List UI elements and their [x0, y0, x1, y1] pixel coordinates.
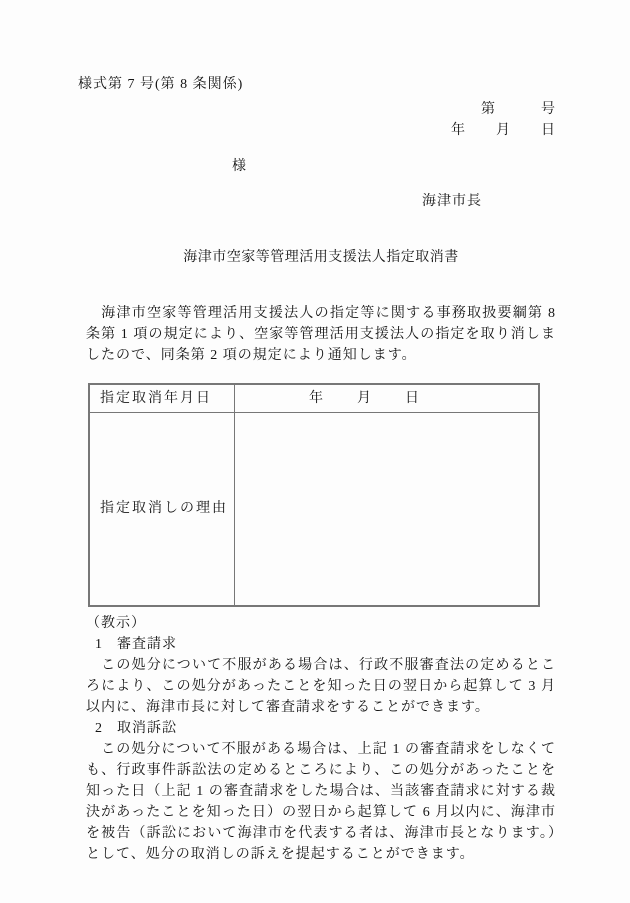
cancellation-date-value: 年 月 日: [235, 384, 540, 412]
notice-section: （教示） 1審査請求 この処分について不服がある場合は、行政不服審査法の定めると…: [86, 613, 556, 865]
notice-item-label: 審査請求: [117, 637, 177, 652]
body-paragraph: 海津市空家等管理活用支援法人の指定等に関する事務取扱要綱第 8 条第 1 項の規…: [86, 303, 556, 366]
page-title: 海津市空家等管理活用支援法人指定取消書: [86, 249, 556, 267]
notice-item-text: この処分について不服がある場合は、行政不服審査法の定めるところにより、この処分が…: [86, 655, 556, 718]
sender-line: 海津市長: [422, 193, 556, 211]
cancellation-reason-value: [235, 412, 540, 606]
cancellation-date-label: 指定取消年月日: [89, 384, 235, 412]
notice-item-lawsuit: 2取消訴訟 この処分について不服がある場合は、上記 1 の審査請求をしなくても、…: [86, 718, 556, 865]
table-row-cancellation-reason: 指定取消しの理由: [89, 412, 539, 606]
date-line: 年 月 日: [86, 120, 556, 141]
table-row-cancellation-date: 指定取消年月日 年 月 日: [89, 384, 539, 412]
notice-item-number: 2: [95, 721, 103, 736]
document-page: 様式第 7 号(第 8 条関係) 第 号 年 月 日 様 海津市長 海津市空家等…: [0, 0, 630, 903]
addressee-line: 様: [232, 158, 556, 176]
cancellation-reason-label: 指定取消しの理由: [89, 412, 235, 606]
header-number-date-block: 第 号 年 月 日: [86, 99, 556, 141]
notice-item-title: 1審査請求: [95, 634, 556, 655]
notice-item-label: 取消訴訟: [117, 721, 177, 736]
notice-item-appeal: 1審査請求 この処分について不服がある場合は、行政不服審査法の定めるところにより…: [86, 634, 556, 718]
cancellation-table: 指定取消年月日 年 月 日 指定取消しの理由: [88, 383, 540, 607]
notice-item-title: 2取消訴訟: [95, 718, 556, 739]
notice-item-number: 1: [95, 637, 103, 652]
notice-heading: （教示）: [86, 613, 556, 634]
doc-number-line: 第 号: [86, 99, 556, 120]
form-number: 様式第 7 号(第 8 条関係): [78, 76, 556, 94]
notice-item-text: この処分について不服がある場合は、上記 1 の審査請求をしなくても、行政事件訴訟…: [86, 739, 556, 865]
